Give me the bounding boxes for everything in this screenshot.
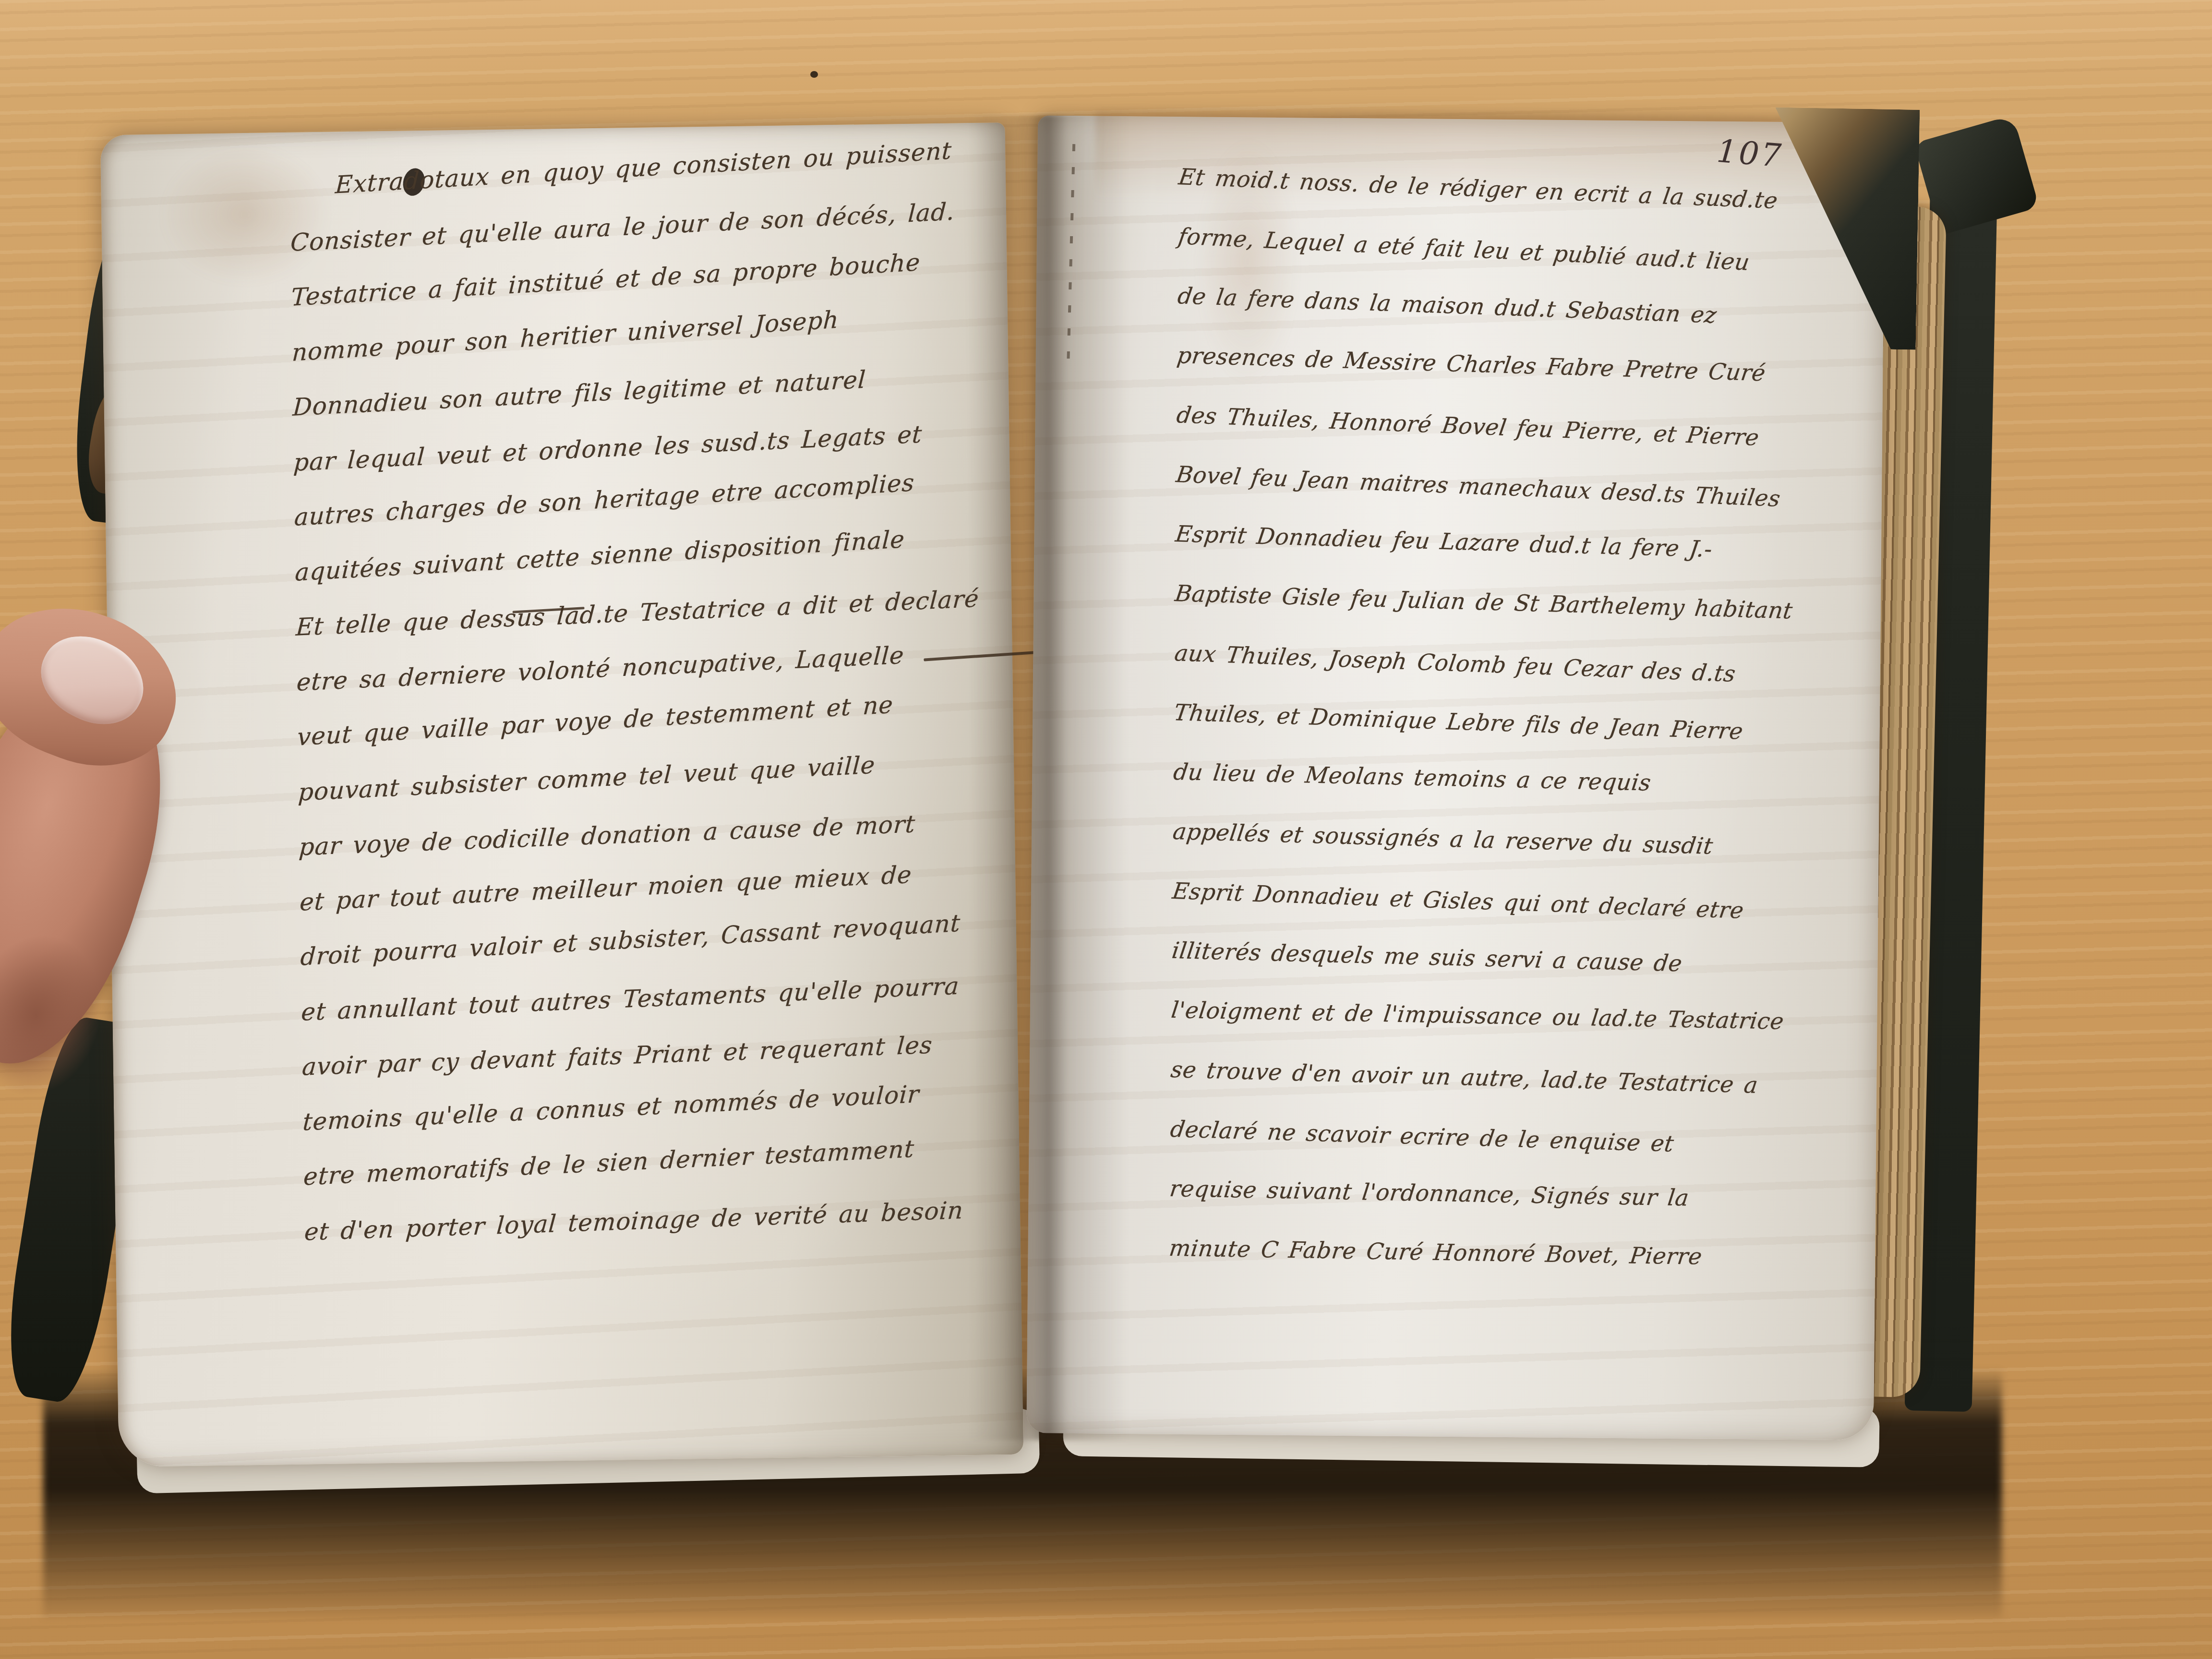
right-line-10: Thuiles, et Dominique Lebre fils de Jean… bbox=[1169, 699, 1857, 769]
right-line-13: Esprit Donnadieu et Gisles qui ont decla… bbox=[1168, 878, 1856, 949]
right-line-14: illiterés desquels me suis servi a cause… bbox=[1167, 938, 1855, 1002]
left-line-20: et d'en porter loyal temoinage de verité… bbox=[302, 1192, 1073, 1263]
right-line-15: l'eloigment et de l'impuissance ou lad.t… bbox=[1167, 997, 1855, 1057]
left-page-text: Extradotaux en quoy que consisten ou pui… bbox=[289, 163, 1072, 1263]
right-page-text: Et moid.t noss. de le rédiger en ecrit a… bbox=[1168, 164, 1859, 1288]
left-page: Extradotaux en quoy que consisten ou pui… bbox=[100, 122, 1024, 1467]
right-line-1: Et moid.t noss. de le rédiger en ecrit a… bbox=[1174, 164, 1862, 238]
wood-speck bbox=[810, 71, 818, 78]
right-line-12: appellés et soussignés a la reserve du s… bbox=[1168, 818, 1856, 884]
right-line-11: du lieu de Meolans temoins a ce requis bbox=[1169, 759, 1857, 821]
right-line-17: declaré ne scavoir ecrire de le enquise … bbox=[1166, 1116, 1854, 1183]
right-line-8: Baptiste Gisle feu Julian de St Barthele… bbox=[1171, 580, 1859, 647]
right-line-9: aux Thuiles, Joseph Colomb feu Cezar des… bbox=[1170, 640, 1858, 712]
right-page: 107 Et moid.t noss. de le rédiger en ecr… bbox=[1026, 115, 1885, 1440]
right-line-18: requise suivant l'ordonnance, Signés sur… bbox=[1166, 1176, 1853, 1235]
hand bbox=[0, 602, 202, 1111]
photograph-open-manuscript-book: Extradotaux en quoy que consisten ou pui… bbox=[0, 0, 2212, 1659]
right-line-19: minute C Fabre Curé Honnoré Bovet, Pierr… bbox=[1165, 1235, 1852, 1293]
right-line-16: se trouve d'en avoir un autre, lad.te Te… bbox=[1166, 1057, 1854, 1122]
right-line-5: des Thuiles, Honnoré Bovel feu Pierre, e… bbox=[1172, 402, 1860, 476]
right-line-4: presences de Messire Charles Fabre Pretr… bbox=[1173, 342, 1861, 410]
